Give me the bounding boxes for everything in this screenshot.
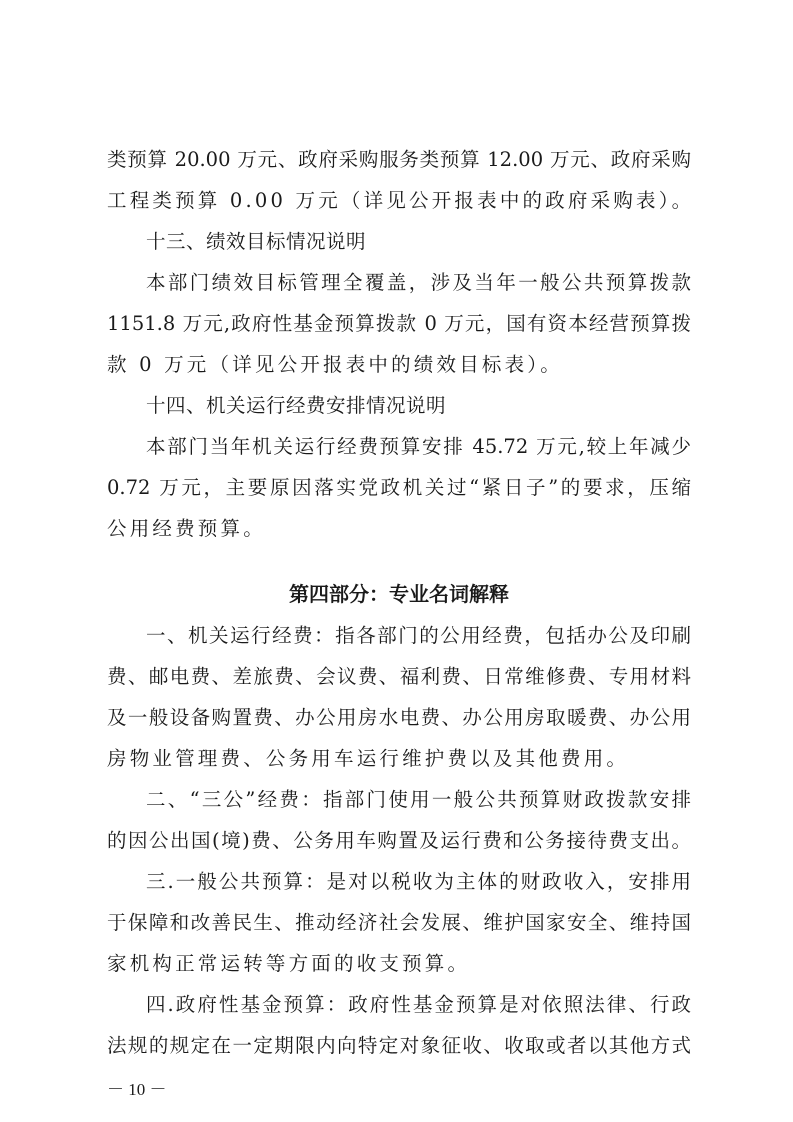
term-line: 于保障和改善民生、推动经济社会发展、维护国家安全、维持国: [107, 908, 691, 938]
term-line: 二、“三公”经费：指部门使用一般公共预算财政拨款安排: [107, 785, 691, 815]
term-line: 家机构正常运转等方面的收支预算。: [107, 949, 691, 979]
section-heading-operating-expenses: 十四、机关运行经费安排情况说明: [146, 391, 446, 421]
term-line: 房物业管理费、公务用车运行维护费以及其他费用。: [107, 744, 691, 774]
paragraph-line: 公用经费预算。: [107, 514, 691, 544]
term-line: 三.一般公共预算：是对以税收为主体的财政收入，安排用: [107, 867, 691, 897]
term-line: 四.政府性基金预算：政府性基金预算是对依照法律、行政: [107, 990, 691, 1020]
part-title: 第四部分：专业名词解释: [107, 579, 691, 609]
page-number: － 10 －: [107, 1078, 167, 1102]
paragraph-line: 工程类预算 0.00 万元（详见公开报表中的政府采购表）。: [107, 186, 691, 216]
term-line: 费、邮电费、差旅费、会议费、福利费、日常维修费、专用材料: [107, 662, 691, 692]
paragraph-line: 款 0 万元（详见公开报表中的绩效目标表）。: [107, 350, 691, 380]
term-line: 法规的规定在一定期限内向特定对象征收、收取或者以其他方式: [107, 1031, 691, 1061]
paragraph-line: 类预算 20.00 万元、政府采购服务类预算 12.00 万元、政府采购: [107, 145, 691, 175]
paragraph-line: 0.72 万元，主要原因落实党政机关过“紧日子”的要求，压缩: [107, 473, 691, 503]
paragraph-line: 本部门当年机关运行经费预算安排 45.72 万元,较上年减少: [107, 432, 691, 462]
term-line: 一、机关运行经费：指各部门的公用经费，包括办公及印刷: [107, 621, 691, 651]
paragraph-line: 1151.8 万元,政府性基金预算拨款 0 万元，国有资本经营预算拨: [107, 309, 691, 339]
term-line: 的因公出国(境)费、公务用车购置及运行费和公务接待费支出。: [107, 826, 691, 856]
term-line: 及一般设备购置费、办公用房水电费、办公用房取暖费、办公用: [107, 703, 691, 733]
paragraph-line: 本部门绩效目标管理全覆盖，涉及当年一般公共预算拨款: [107, 268, 691, 298]
section-heading-performance-goals: 十三、绩效目标情况说明: [146, 227, 366, 257]
